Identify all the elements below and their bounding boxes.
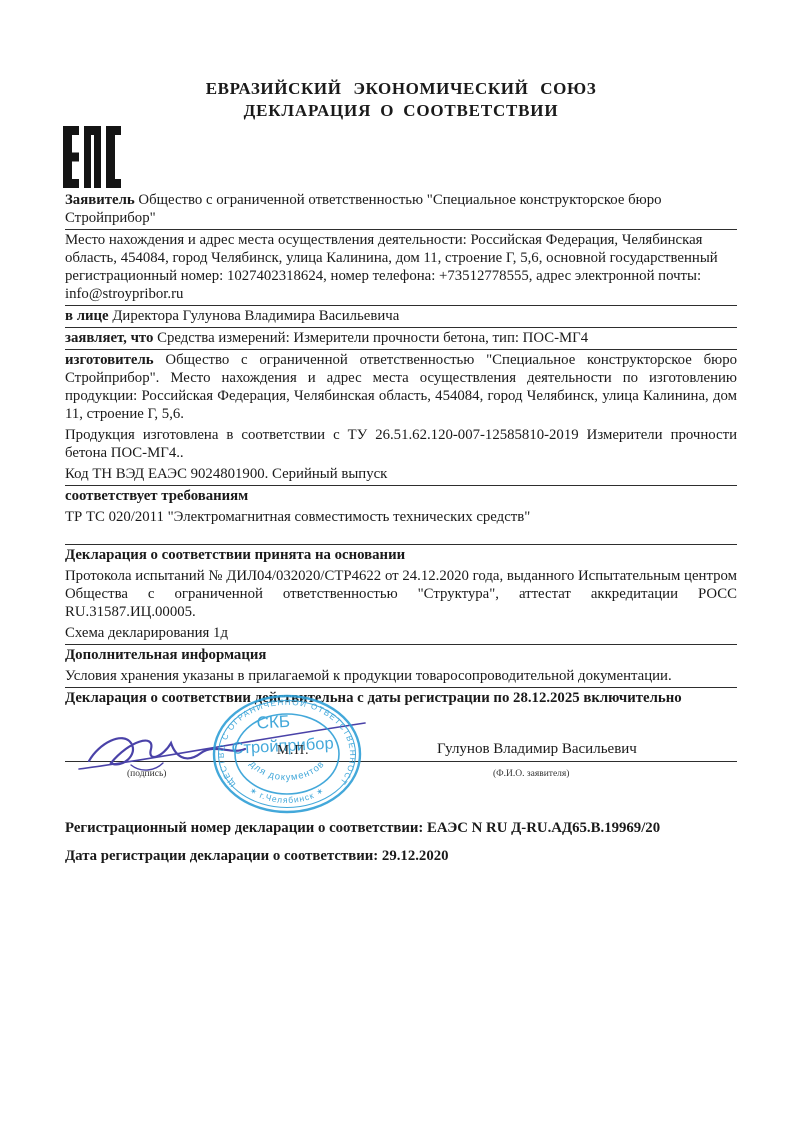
applicant-row: Заявитель Общество с ограниченной ответс… <box>65 190 737 230</box>
represented-by-text: Директора Гулунова Владимира Васильевича <box>112 308 399 324</box>
signature-zone: ОБЩЕСТВО С ОГРАНИЧЕННОЙ ОТВЕТСТВЕННОСТЬЮ… <box>65 709 737 813</box>
production-row: Продукция изготовлена в соответствии с Т… <box>65 425 737 464</box>
manufacturer-label: изготовитель <box>65 352 154 368</box>
applicant-name: Гулунов Владимир Васильевич <box>437 740 637 758</box>
document-header: ЕВРАЗИЙСКИЙ ЭКОНОМИЧЕСКИЙ СОЮЗ ДЕКЛАРАЦИ… <box>65 78 737 122</box>
manufacturer-text: Общество с ограниченной ответственностью… <box>65 352 737 422</box>
eac-conformity-mark-icon <box>63 126 121 188</box>
represented-by-label: в лице <box>65 308 109 324</box>
document-body: ЕВРАЗИЙСКИЙ ЭКОНОМИЧЕСКИЙ СОЮЗ ДЕКЛАРАЦИ… <box>0 0 800 865</box>
tnved-row: Код ТН ВЭД ЕАЭС 9024801900. Серийный вып… <box>65 464 737 486</box>
basis-text: Протокола испытаний № ДИЛ04/032020/СТР46… <box>65 566 737 623</box>
declares-row: заявляет, что Средства измерений: Измери… <box>65 328 737 350</box>
stamp-center-line1: СКБ <box>256 712 290 733</box>
applicant-label: Заявитель <box>65 192 135 208</box>
stamp-inner-arc-text: для документов <box>247 759 327 784</box>
technical-regulation-text: ТР ТС 020/2011 "Электромагнитная совмест… <box>65 507 737 528</box>
signature-caption: (подпись) <box>127 765 166 783</box>
manufacturer-row: изготовитель Общество с ограниченной отв… <box>65 350 737 425</box>
technical-regulation-block: ТР ТС 020/2011 "Электромагнитная совмест… <box>65 507 737 545</box>
stamp-place-label: М.П. <box>277 741 310 759</box>
declares-text: Средства измерений: Измерители прочности… <box>157 330 588 346</box>
registration-number-row: Регистрационный номер декларации о соотв… <box>65 819 737 837</box>
additional-info-heading: Дополнительная информация <box>65 645 737 666</box>
represented-by-row: в лице Директора Гулунова Владимира Васи… <box>65 306 737 328</box>
declares-label: заявляет, что <box>65 330 153 346</box>
address-row: Место нахождения и адрес места осуществл… <box>65 230 737 306</box>
applicant-text: Общество с ограниченной ответственностью… <box>65 192 662 226</box>
storage-conditions-row: Условия хранения указаны в прилагаемой к… <box>65 666 737 688</box>
validity-row: Декларация о соответствии действительна … <box>65 688 737 709</box>
complies-heading: соответствует требованиям <box>65 486 737 507</box>
registration-date-row: Дата регистрации декларации о соответств… <box>65 847 737 865</box>
document-page: ЕВРАЗИЙСКИЙ ЭКОНОМИЧЕСКИЙ СОЮЗ ДЕКЛАРАЦИ… <box>0 0 800 1127</box>
applicant-name-caption: (Ф.И.О. заявителя) <box>493 765 569 783</box>
scheme-row: Схема декларирования 1д <box>65 623 737 645</box>
union-title: ЕВРАЗИЙСКИЙ ЭКОНОМИЧЕСКИЙ СОЮЗ <box>65 78 737 100</box>
basis-heading: Декларация о соответствии принята на осн… <box>65 545 737 566</box>
declaration-title: ДЕКЛАРАЦИЯ О СООТВЕТСТВИИ <box>65 100 737 122</box>
